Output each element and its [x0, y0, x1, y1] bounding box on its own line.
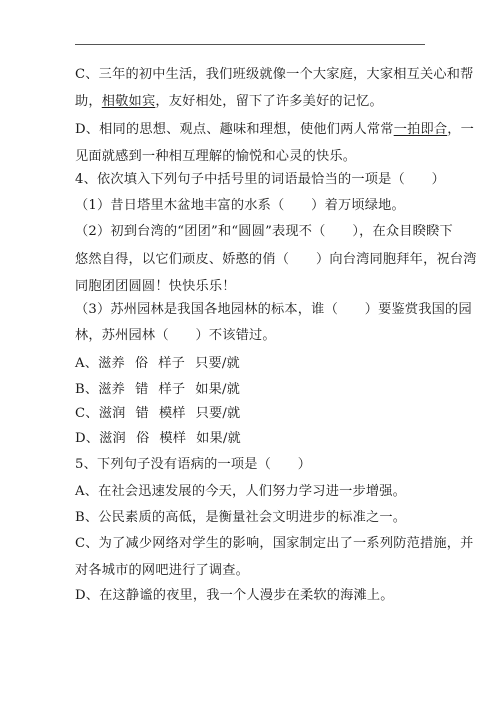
q5-option-b: B、公民素质的高低，是衡量社会文明进步的标准之一。 [75, 510, 406, 526]
q5-option-c-line1: C、为了减少网络对学生的影响，国家制定出了一系列防范措施，并 [75, 536, 474, 552]
q4-sentence-3-line1: （3）苏州园林是我国各地园林的标本，谁（ ）要鉴赏我国的园 [75, 302, 472, 318]
q3-option-c-line2: 助，相敬如宾，友好相处，留下了许多美好的记忆。 [75, 94, 383, 110]
q4-option-a: A、滋养俗样子只要/就 [75, 356, 240, 372]
q5-option-c-line2: 对各城市的网吧进行了调查。 [75, 563, 249, 579]
option-word: 滋养 [98, 382, 125, 397]
option-label: C、 [75, 406, 99, 421]
option-label: B、 [75, 382, 98, 397]
q4-option-b: B、滋养错样子如果/就 [75, 382, 240, 398]
text: ，一 [447, 122, 474, 137]
option-word: 错 [135, 382, 148, 397]
q4-sentence-3-line2: 林，苏州园林（ ）不该错过。 [75, 328, 276, 344]
option-word: 滋润 [99, 406, 126, 421]
q3-option-c-line1: C、三年的初中生活，我们班级就像一个大家庭，大家相互关心和帮 [75, 67, 474, 83]
text: ，友好相处，留下了许多美好的记忆。 [155, 94, 383, 109]
text: D、相同的思想、观点、趣味和理想，使他们两人常常 [75, 122, 394, 137]
option-word: 俗 [135, 356, 148, 371]
option-word: 模样 [159, 406, 186, 421]
option-word: 如果/就 [196, 431, 241, 446]
q4-sentence-1: （1）昔日塔里木盆地丰富的水系（ ）着万顷绿地。 [75, 198, 405, 214]
q5-option-d: D、在这静谧的夜里，我一个人漫步在柔软的海滩上。 [75, 588, 394, 604]
q3-option-d-line1: D、相同的思想、观点、趣味和理想，使他们两人常常一拍即合，一 [75, 122, 474, 138]
q4-sentence-2-line2: 悠然自得，以它们顽皮、娇憨的俏（ ）向台湾同胞拜年，祝台湾 [75, 252, 477, 268]
option-label: A、 [75, 356, 98, 371]
option-word: 只要/就 [195, 356, 240, 371]
underlined-idiom: 相敬如宾 [102, 94, 156, 109]
q5-stem: 5、下列句子没有语病的一项是（ ） [75, 457, 311, 473]
option-word: 如果/就 [195, 382, 240, 397]
option-word: 模样 [159, 431, 186, 446]
q4-stem: 4、依次填入下列句子中括号里的词语最恰当的一项是（ ） [75, 172, 445, 188]
option-word: 滋润 [99, 431, 126, 446]
header-rule [75, 44, 425, 45]
q4-option-c: C、滋润错模样只要/就 [75, 406, 240, 422]
option-label: D、 [75, 431, 99, 446]
option-word: 滋养 [98, 356, 125, 371]
option-word: 俗 [136, 431, 149, 446]
q5-option-a: A、在社会迅速发展的今天，人们努力学习进一步增强。 [75, 484, 406, 500]
q3-option-d-line2: 见面就感到一种相互理解的愉悦和心灵的快乐。 [75, 149, 356, 165]
option-word: 错 [135, 406, 148, 421]
q4-option-d: D、滋润俗模样如果/就 [75, 431, 241, 447]
q4-sentence-2-line1: （2）初到台湾的“团团”和“圆圆”表现不（ ），在众目睽睽下 [75, 224, 453, 240]
q4-sentence-2-line3: 同胞团团圆圆！快快乐乐！ [75, 279, 236, 295]
underlined-idiom: 一拍即合 [394, 122, 448, 137]
option-word: 样子 [158, 382, 185, 397]
text: 助， [75, 94, 102, 109]
option-word: 只要/就 [196, 406, 241, 421]
option-word: 样子 [158, 356, 185, 371]
